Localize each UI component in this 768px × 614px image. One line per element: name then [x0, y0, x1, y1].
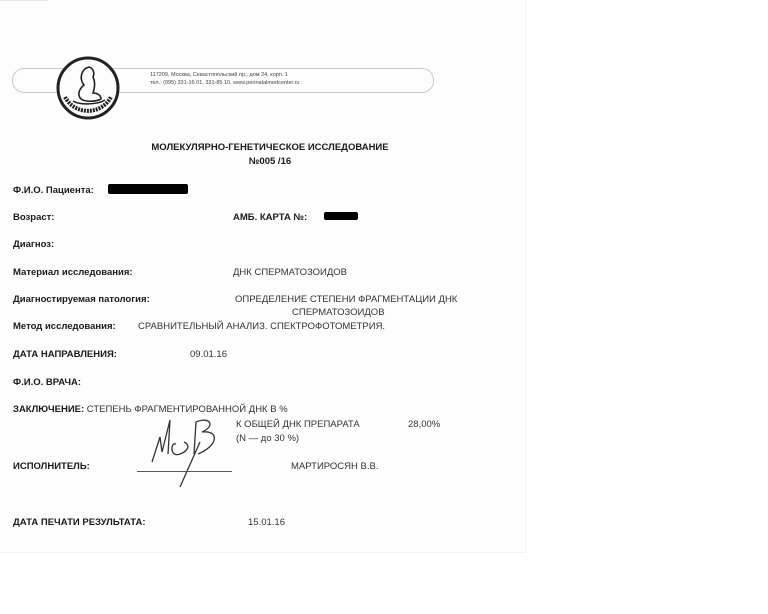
- redacted-card-number: [324, 212, 358, 220]
- pathology-label: Диагностируемая патология:: [13, 294, 150, 305]
- referral-date-value: 09.01.16: [190, 349, 227, 360]
- scanned-document: 117209, Москва, Севастопольский пр., дом…: [0, 0, 526, 553]
- executor-name: МАРТИРОСЯН В.В.: [291, 461, 378, 472]
- document-number: №005 /16: [120, 156, 420, 167]
- referral-date-label: ДАТА НАПРАВЛЕНИЯ:: [13, 349, 117, 360]
- print-date-label: ДАТА ПЕЧАТИ РЕЗУЛЬТАТА:: [13, 517, 146, 528]
- executor-label: ИСПОЛНИТЕЛЬ:: [13, 461, 90, 472]
- print-date-value: 15.01.16: [248, 517, 285, 528]
- card-label: АМБ. КАРТА №:: [233, 212, 307, 223]
- pathology-value-line1: ОПРЕДЕЛЕНИЕ СТЕПЕНИ ФРАГМЕНТАЦИИ ДНК: [235, 294, 457, 305]
- method-label: Метод исследования:: [13, 321, 116, 332]
- age-label: Возраст:: [13, 212, 54, 223]
- conclusion-norm: (N — до 30 %): [236, 433, 299, 444]
- patient-label: Ф.И.О. Пациента:: [13, 185, 94, 196]
- conclusion-line2: К ОБЩЕЙ ДНК ПРЕПАРАТА: [236, 419, 360, 430]
- diagnosis-label: Диагноз:: [13, 239, 54, 250]
- signature: [150, 412, 240, 492]
- mother-and-child-icon: [55, 55, 121, 121]
- scan-edge: [0, 0, 48, 1]
- document-title: МОЛЕКУЛЯРНО-ГЕНЕТИЧЕСКОЕ ИССЛЕДОВАНИЕ: [120, 142, 420, 153]
- conclusion-value: 28,00%: [408, 419, 440, 430]
- material-label: Материал исследования:: [13, 267, 133, 278]
- address-line: 117209, Москва, Севастопольский пр., дом…: [150, 71, 288, 79]
- conclusion-label: ЗАКЛЮЧЕНИЕ:: [13, 404, 84, 415]
- material-value: ДНК СПЕРМАТОЗОИДОВ: [233, 267, 347, 278]
- contact-line: тел.: (095) 331-16 01, 331-85 10, www.pe…: [150, 79, 300, 87]
- method-value: СРАВНИТЕЛЬНЫЙ АНАЛИЗ. СПЕКТРОФОТОМЕТРИЯ.: [138, 321, 385, 332]
- doctor-label: Ф.И.О. ВРАЧА:: [13, 377, 81, 388]
- pathology-value-line2: СПЕРМАТОЗОИДОВ: [292, 307, 385, 318]
- redacted-patient-name: [108, 184, 188, 194]
- signature-line: [137, 471, 232, 472]
